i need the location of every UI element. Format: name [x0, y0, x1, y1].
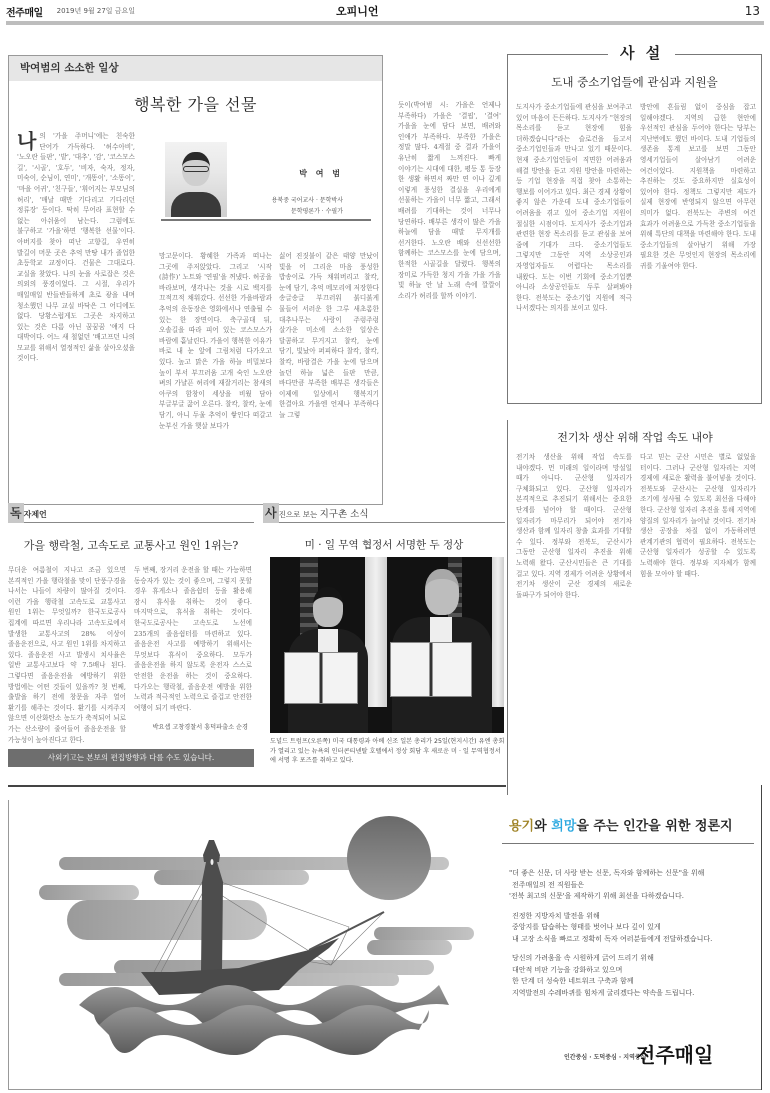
disclaimer-banner: 사외기고는 본보의 편집방향과 다를 수도 있습니다.: [8, 749, 254, 767]
issue-date: 2019년 9월 27일 금요일: [57, 6, 135, 16]
photo-news-title: 미 · 일 무역 협정서 서명한 두 정상: [263, 537, 505, 552]
ev-editorial-title: 전기차 생산 위해 작업 속도 내야: [508, 429, 762, 445]
page-number: 13: [745, 4, 760, 18]
essay-title: 행복한 가을 선물: [9, 92, 382, 115]
editorial-column-2: 방안에 흔들림 없이 중심을 잡고 일해야겠다. 지역의 급한 현안에 우선적인…: [640, 102, 756, 397]
reader-proposal: 독자제언 가을 행락철, 고속도로 교통사고 원인 1위는? 무더운 여름철이 …: [8, 503, 254, 743]
divider: [8, 785, 506, 787]
section-title: 오피니언: [336, 3, 379, 19]
ad-motto: 인간중심 · 도덕중심 · 지역중심: [564, 1052, 646, 1061]
flag-icon: [365, 557, 387, 707]
essay-column-2: 망고문이다. 황혜한 가족과 떠나는 그곳에 주저앉았다. 그리고 '시작(詩作…: [159, 251, 272, 501]
ad-copy: "더 좋은 신문, 더 사랑 받는 신문, 독자와 함께하는 신문"을 위해 전…: [509, 868, 759, 1007]
essay-column-3: 싫어 진짓불이 같은 태양 만났이 빛을 어 그리운 마음 풍성한 밥송이로 가…: [279, 251, 379, 501]
editorial-column-1: 도지사가 중소기업들에 관심을 보여주고 있어 마음이 든든하다. 도지사가 "…: [516, 102, 632, 397]
masthead-rule: [6, 21, 764, 25]
ship-illustration-icon: [9, 800, 474, 1090]
essay-column-4: 듯이(박여범 시: 가을은 언제나 부족하다) 가을은 '결핍', '결여' 가…: [398, 100, 501, 500]
signed-document: [390, 642, 472, 697]
column-essay: 박여범의 소소한 일상 행복한 가을 선물 나의 '가을 주머니'에는 친숙한 …: [8, 55, 383, 505]
reader-title: 가을 행락철, 고속도로 교통사고 원인 1위는?: [8, 537, 254, 553]
author-role: 용북중 국어교사 · 문학박사: [272, 195, 343, 204]
ev-column-2: 다고 믿는 군산 시민은 별로 없었을 터이다. 그러나 군산형 일자리는 지역…: [640, 452, 756, 787]
editorial: 사 설 도내 중소기업들에 관심과 지원을 도지사가 중소기업들에 관심을 보여…: [507, 54, 762, 404]
reader-signature: 박요셉 고창경찰서 흥덕파출소 순경: [152, 722, 248, 731]
photo-news: 사진으로 보는 지구촌 소식 미 · 일 무역 협정서 서명한 두 정상 도널드…: [263, 503, 505, 773]
signed-document: [284, 652, 358, 704]
essay-column-1: 나의 '가을 주머니'에는 친숙한 단어가 가득하다. '허수아비', '노오란…: [17, 131, 135, 461]
reader-column-2: 두 번째, 장거리 운전을 할 때는 가능하면 동승자가 있는 것이 좋으며, …: [134, 565, 252, 725]
author-photo: [165, 142, 227, 217]
editorial-badge: 사 설: [608, 42, 675, 63]
photo-caption: 도널드 트럼프(오른쪽) 미국 대통령과 아베 신조 일본 총리가 25일(현지…: [270, 737, 506, 766]
column-name: 박여범의 소소한 일상: [9, 56, 382, 81]
newspaper-logo: 전주매일: [6, 4, 43, 19]
masthead: 전주매일 2019년 9월 27일 금요일 오피니언 13: [6, 4, 764, 18]
author-role: 문학평론가 · 수필가: [291, 206, 343, 215]
section-label: 사진으로 보는 지구촌 소식: [263, 503, 505, 523]
newspaper-ad: 용기와 희망을 주는 인간을 위한 정론지 "더 좋은 신문, 더 사랑 받는 …: [8, 800, 762, 1090]
author-card: 박 여 범 용북중 국어교사 · 문학박사 문학평론가 · 수필가: [165, 142, 365, 246]
section-label: 독자제언: [8, 503, 254, 523]
drop-cap: 나: [17, 131, 36, 151]
flag-icon: [492, 557, 504, 707]
divider: [161, 219, 371, 221]
news-photo: [270, 557, 504, 733]
ad-slogan: 용기와 희망을 주는 인간을 위한 정론지: [509, 815, 733, 834]
ev-column-1: 전기차 생산을 위해 작업 속도를 내야겠다. 먼 미래의 일이라며 망설일 때…: [516, 452, 632, 787]
editorial-title: 도내 중소기업들에 관심과 지원을: [508, 74, 761, 90]
newspaper-logo: 전주매일: [636, 1039, 713, 1068]
reader-column-1: 무더운 여름철이 지나고 조금 있으면 본격적인 가을 행락철을 맞이 단풍구경…: [8, 565, 126, 745]
author-name: 박 여 범: [299, 168, 343, 179]
ev-editorial: 전기차 생산 위해 작업 속도 내야 전기차 생산을 위해 작업 속도를 내야겠…: [507, 420, 762, 795]
divider: [502, 843, 754, 844]
